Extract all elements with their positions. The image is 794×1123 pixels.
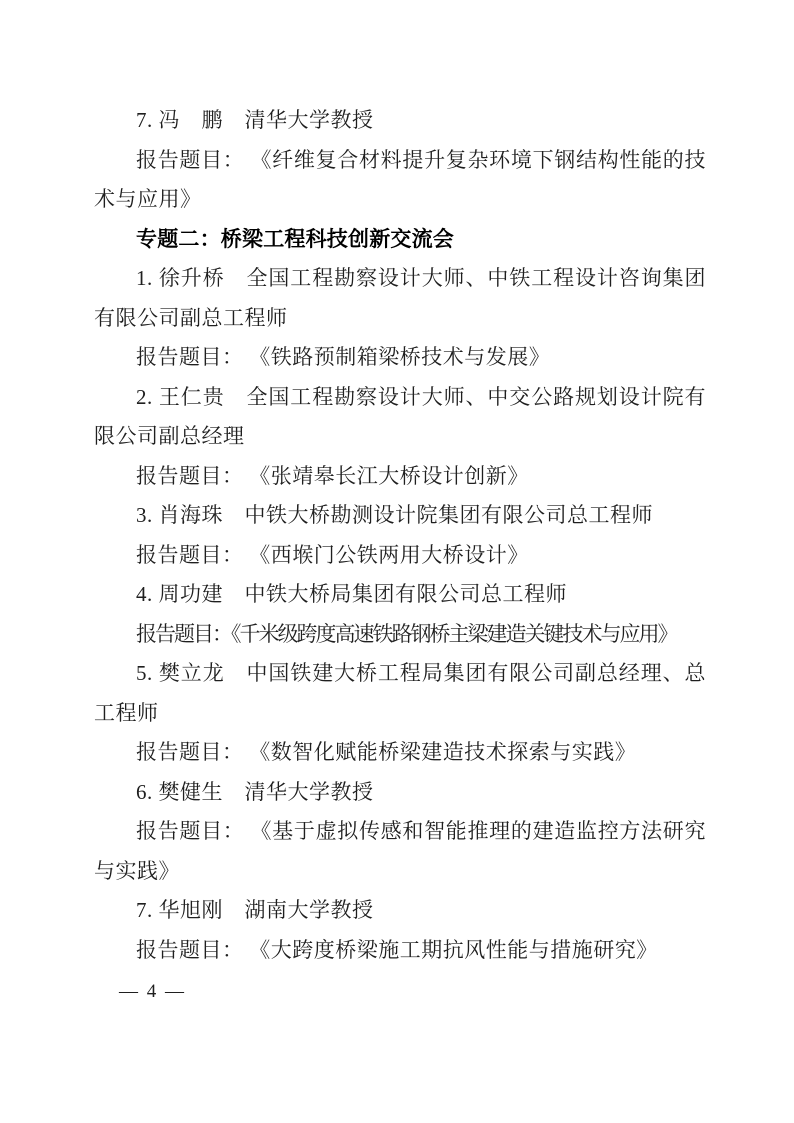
report-title-line: 报告题目： 《基于虚拟传感和智能推理的建造监控方法研究与实践》: [94, 812, 706, 891]
speaker-line: 7. 华旭刚 湖南大学教授: [94, 891, 706, 931]
report-title-line: 报告题目： 《纤维复合材料提升复杂环境下钢结构性能的技术与应用》: [94, 141, 706, 220]
report-title-line: 报告题目： 《西堠门公铁两用大桥设计》: [94, 536, 706, 576]
speaker-line: 2. 王仁贵 全国工程勘察设计大师、中交公路规划设计院有限公司副总经理: [94, 378, 706, 457]
speaker-line: 4. 周功建 中铁大桥局集团有限公司总工程师: [94, 575, 706, 615]
page-number: — 4 —: [119, 981, 186, 1003]
speaker-line: 5. 樊立龙 中国铁建大桥工程局集团有限公司副总经理、总工程师: [94, 654, 706, 733]
report-title-line: 报告题目： 《张靖皋长江大桥设计创新》: [94, 457, 706, 497]
speaker-line: 3. 肖海珠 中铁大桥勘测设计院集团有限公司总工程师: [94, 496, 706, 536]
report-title-line: 报告题目： 《数智化赋能桥梁建造技术探索与实践》: [94, 733, 706, 773]
speaker-line: 6. 樊健生 清华大学教授: [94, 773, 706, 813]
speaker-line: 1. 徐升桥 全国工程勘察设计大师、中铁工程设计咨询集团有限公司副总工程师: [94, 259, 706, 338]
speaker-line: 7. 冯 鹏 清华大学教授: [94, 101, 706, 141]
report-title-line: 报告题目： 《铁路预制箱梁桥技术与发展》: [94, 338, 706, 378]
document-page: 7. 冯 鹏 清华大学教授 报告题目： 《纤维复合材料提升复杂环境下钢结构性能的…: [0, 0, 794, 1123]
document-body: 7. 冯 鹏 清华大学教授 报告题目： 《纤维复合材料提升复杂环境下钢结构性能的…: [94, 101, 706, 970]
section-heading: 专题二：桥梁工程科技创新交流会: [94, 220, 706, 260]
report-title-line: 报告题目：《千米级跨度高速铁路钢桥主梁建造关键技术与应用》: [94, 615, 706, 655]
report-title-line: 报告题目： 《大跨度桥梁施工期抗风性能与措施研究》: [94, 931, 706, 971]
